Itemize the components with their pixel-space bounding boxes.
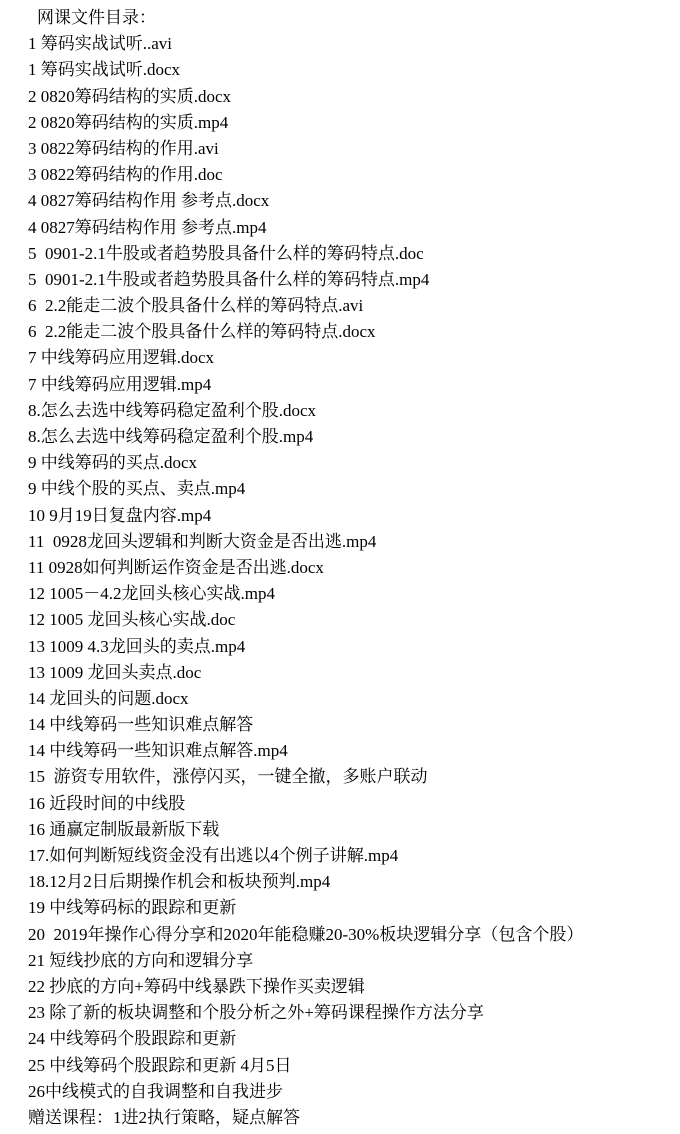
file-list-item: 15 游资专用软件，涨停闪买，一键全撤，多账户联动 — [28, 764, 670, 790]
file-list-item: 11 0928如何判断运作资金是否出逃.docx — [28, 555, 670, 581]
file-list-item: 11 0928龙回头逻辑和判断大资金是否出逃.mp4 — [28, 529, 670, 555]
file-list: 1 筹码实战试听..avi1 筹码实战试听.docx2 0820筹码结构的实质.… — [28, 31, 670, 1131]
file-list-item: 22 抄底的方向+筹码中线暴跌下操作买卖逻辑 — [28, 974, 670, 1000]
file-list-item: 9 中线个股的买点、卖点.mp4 — [28, 476, 670, 502]
file-list-item: 25 中线筹码个股跟踪和更新 4月5日 — [28, 1053, 670, 1079]
file-list-item: 10 9月19日复盘内容.mp4 — [28, 503, 670, 529]
file-list-item: 7 中线筹码应用逻辑.docx — [28, 345, 670, 371]
file-list-item: 17.如何判断短线资金没有出逃以4个例子讲解.mp4 — [28, 843, 670, 869]
file-list-item: 26中线模式的自我调整和自我进步 — [28, 1079, 670, 1105]
file-list-item: 12 1005－4.2龙回头核心实战.mp4 — [28, 581, 670, 607]
file-list-item: 23 除了新的板块调整和个股分析之外+筹码课程操作方法分享 — [28, 1000, 670, 1026]
file-list-item: 21 短线抄底的方向和逻辑分享 — [28, 948, 670, 974]
file-list-item: 5 0901-2.1牛股或者趋势股具备什么样的筹码特点.doc — [28, 241, 670, 267]
file-list-item: 24 中线筹码个股跟踪和更新 — [28, 1026, 670, 1052]
file-list-item: 4 0827筹码结构作用 参考点.mp4 — [28, 215, 670, 241]
file-list-item: 8.怎么去选中线筹码稳定盈利个股.mp4 — [28, 424, 670, 450]
document-title: 网课文件目录： — [28, 5, 670, 31]
file-list-item: 赠送课程：1进2执行策略，疑点解答 — [28, 1105, 670, 1131]
file-list-item: 14 中线筹码一些知识难点解答 — [28, 712, 670, 738]
document-page: 网课文件目录： 1 筹码实战试听..avi1 筹码实战试听.docx2 0820… — [0, 0, 680, 1134]
file-list-item: 5 0901-2.1牛股或者趋势股具备什么样的筹码特点.mp4 — [28, 267, 670, 293]
file-list-item: 3 0822筹码结构的作用.doc — [28, 162, 670, 188]
file-list-item: 8.怎么去选中线筹码稳定盈利个股.docx — [28, 398, 670, 424]
file-list-item: 12 1005 龙回头核心实战.doc — [28, 607, 670, 633]
file-list-item: 2 0820筹码结构的实质.mp4 — [28, 110, 670, 136]
file-list-item: 2 0820筹码结构的实质.docx — [28, 84, 670, 110]
file-list-item: 13 1009 龙回头卖点.doc — [28, 660, 670, 686]
file-list-item: 14 中线筹码一些知识难点解答.mp4 — [28, 738, 670, 764]
file-list-item: 7 中线筹码应用逻辑.mp4 — [28, 372, 670, 398]
file-list-item: 16 近段时间的中线股 — [28, 791, 670, 817]
file-list-item: 20 2019年操作心得分享和2020年能稳赚20-30%板块逻辑分享（包含个股… — [28, 922, 670, 948]
file-list-item: 14 龙回头的问题.docx — [28, 686, 670, 712]
file-list-item: 18.12月2日后期操作机会和板块预判.mp4 — [28, 869, 670, 895]
file-list-item: 9 中线筹码的买点.docx — [28, 450, 670, 476]
file-list-item: 16 通赢定制版最新版下载 — [28, 817, 670, 843]
file-list-item: 1 筹码实战试听..avi — [28, 31, 670, 57]
file-list-item: 6 2.2能走二波个股具备什么样的筹码特点.avi — [28, 293, 670, 319]
file-list-item: 1 筹码实战试听.docx — [28, 57, 670, 83]
file-list-item: 4 0827筹码结构作用 参考点.docx — [28, 188, 670, 214]
file-list-item: 19 中线筹码标的跟踪和更新 — [28, 895, 670, 921]
file-list-item: 3 0822筹码结构的作用.avi — [28, 136, 670, 162]
file-list-item: 6 2.2能走二波个股具备什么样的筹码特点.docx — [28, 319, 670, 345]
file-list-item: 13 1009 4.3龙回头的卖点.mp4 — [28, 634, 670, 660]
